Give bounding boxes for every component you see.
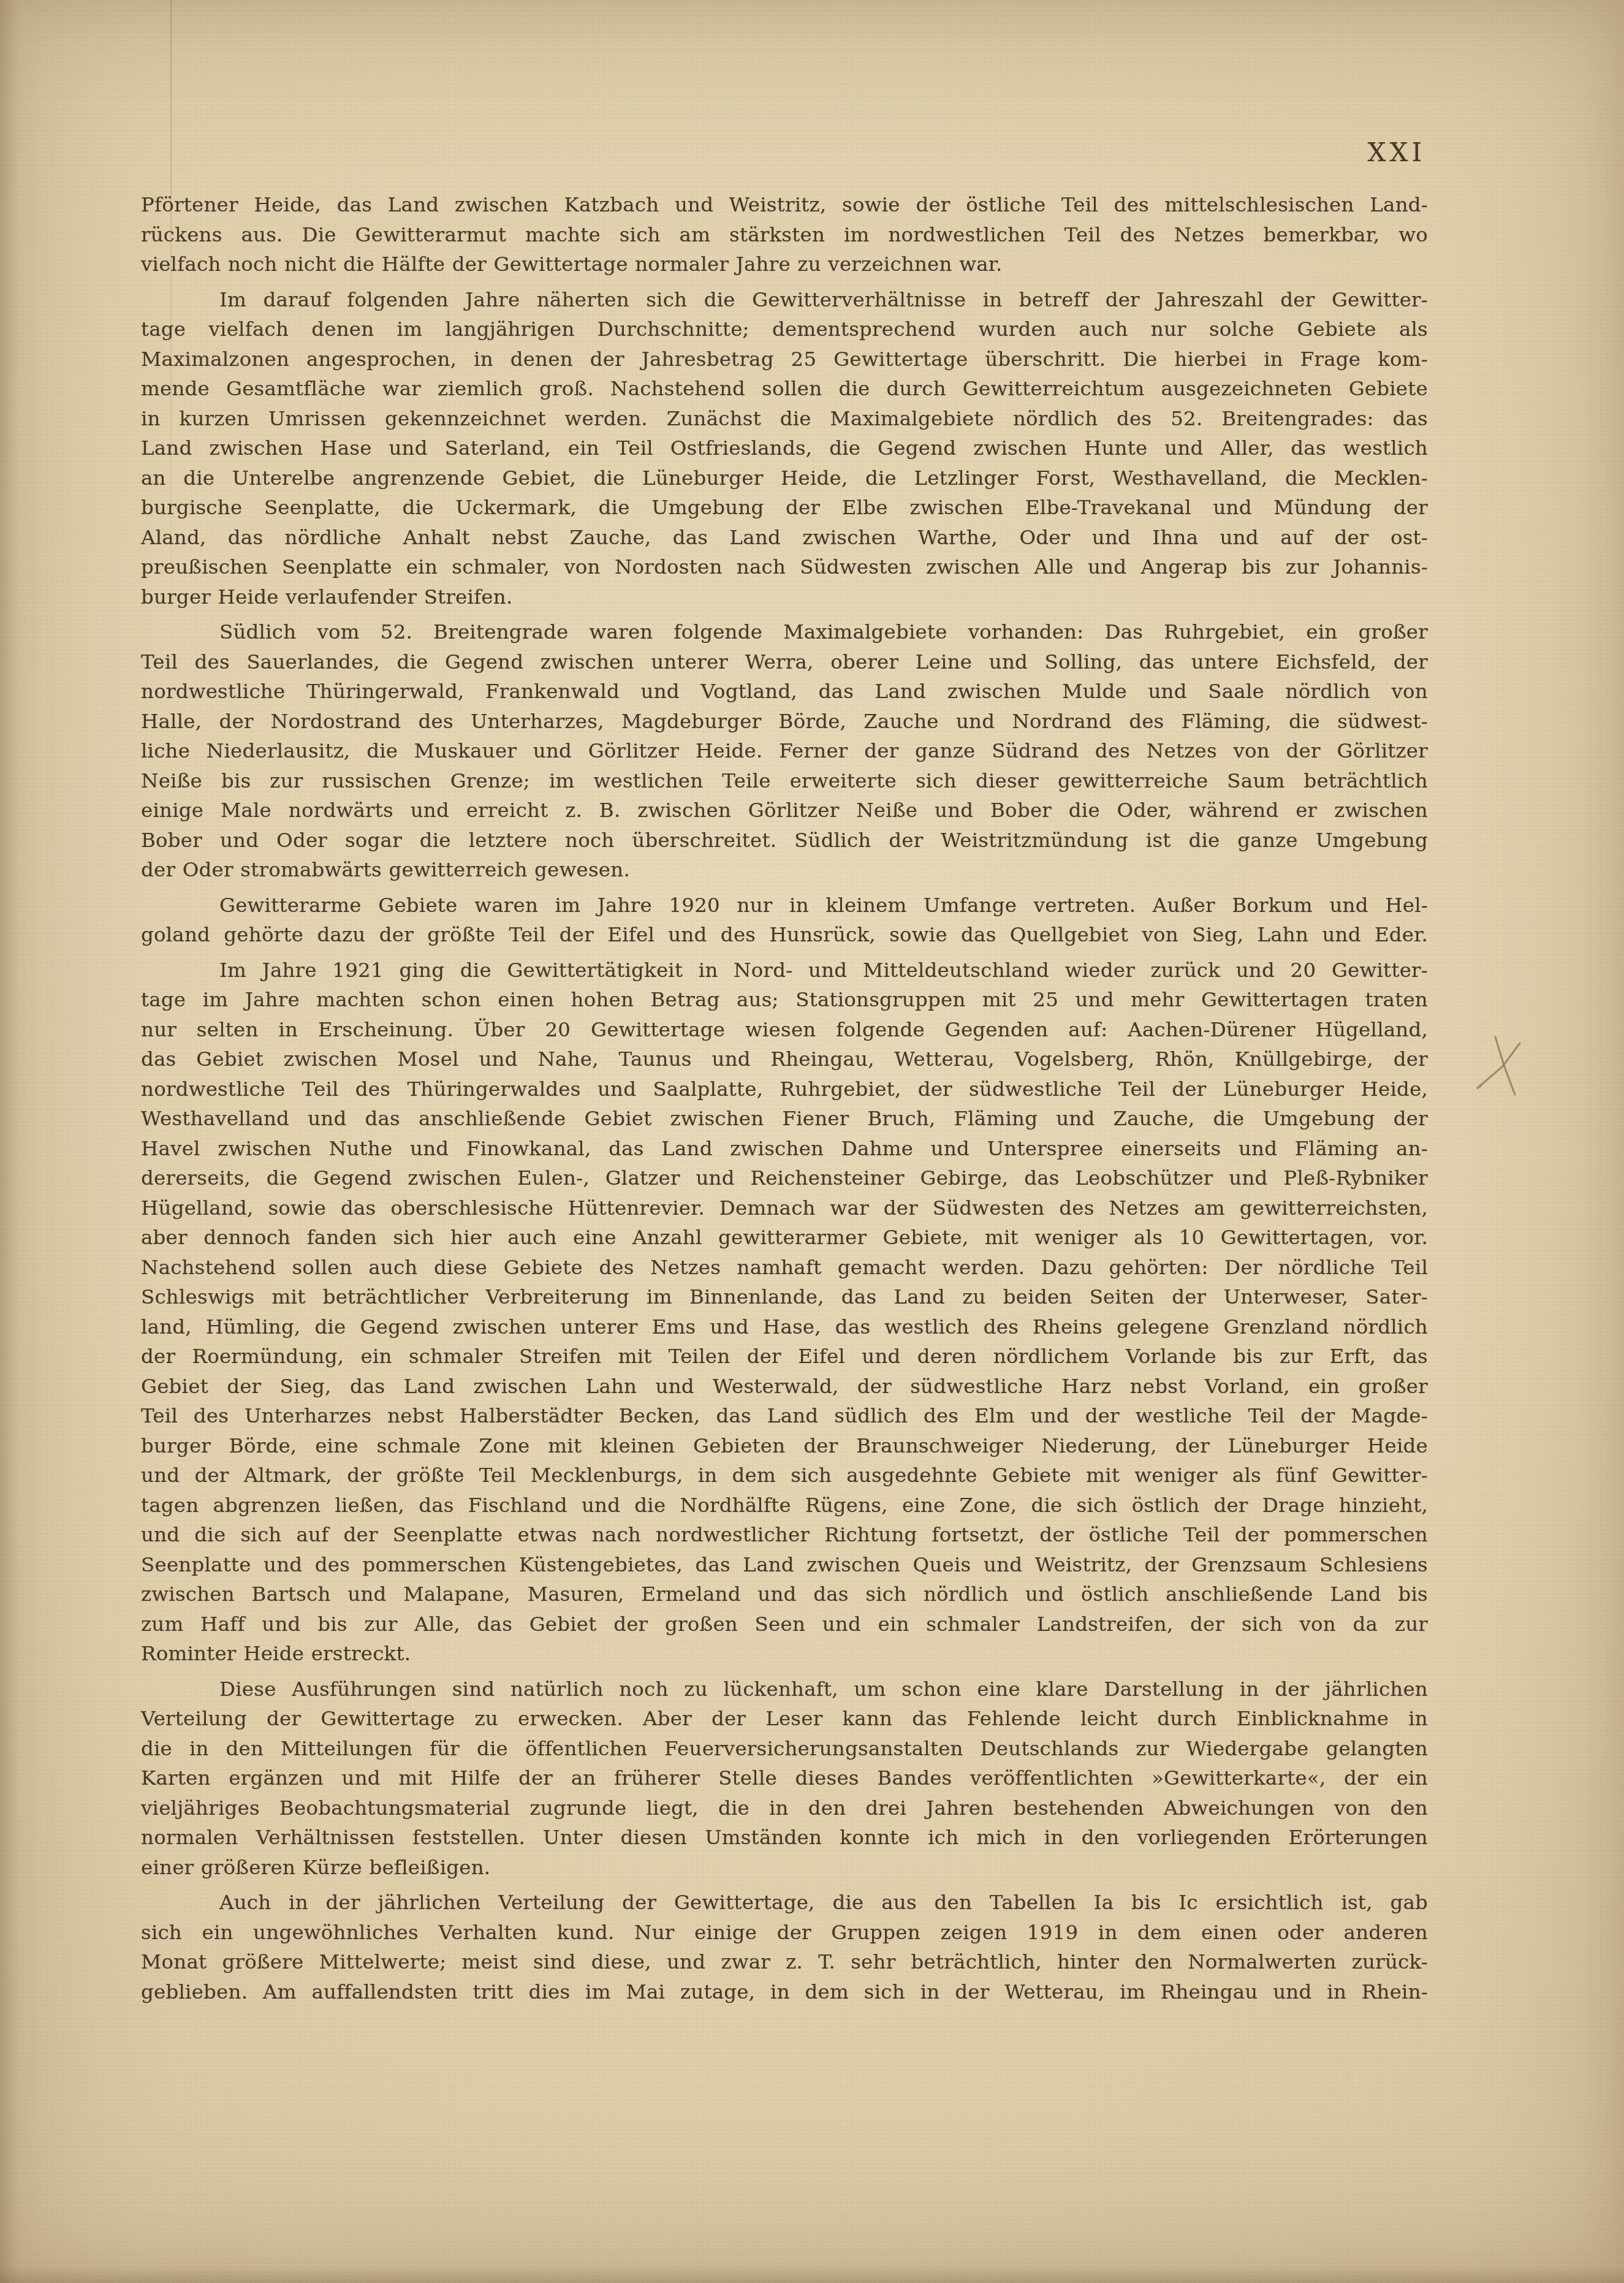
text-line: mende Gesamtfläche war ziemlich groß. Na… bbox=[141, 374, 1428, 404]
text-line: die in den Mitteilungen für die öffentli… bbox=[141, 1734, 1428, 1764]
paragraph: Pförtener Heide, das Land zwischen Katzb… bbox=[141, 190, 1428, 279]
text-line: Auch in der jährlichen Verteilung der Ge… bbox=[141, 1888, 1428, 1918]
scan-edge-bottom bbox=[0, 2267, 1624, 2283]
text-line: Karten ergänzen und mit Hilfe der an frü… bbox=[141, 1763, 1428, 1793]
text-line: rückens aus. Die Gewitterarmut machte si… bbox=[141, 220, 1428, 250]
text-line: Rominter Heide erstreckt. bbox=[141, 1639, 1428, 1669]
text-line: Im darauf folgenden Jahre näherten sich … bbox=[141, 285, 1428, 315]
text-line: tage im Jahre machten schon einen hohen … bbox=[141, 985, 1428, 1015]
text-line: nordwestliche Thüringerwald, Frankenwald… bbox=[141, 677, 1428, 707]
text-line: tagen abgrenzen ließen, das Fischland un… bbox=[141, 1491, 1428, 1521]
text-line: Havel zwischen Nuthe und Finowkanal, das… bbox=[141, 1134, 1428, 1164]
text-line: burger Heide verlaufender Streifen. bbox=[141, 582, 1428, 612]
text-line: Teil des Unterharzes nebst Halberstädter… bbox=[141, 1401, 1428, 1431]
text-line: vielfach noch nicht die Hälfte der Gewit… bbox=[141, 249, 1428, 279]
text-line: Gebiet der Sieg, das Land zwischen Lahn … bbox=[141, 1372, 1428, 1402]
text-line: Aland, das nördliche Anhalt nebst Zauche… bbox=[141, 523, 1428, 553]
text-line: normalen Verhältnissen feststellen. Unte… bbox=[141, 1823, 1428, 1853]
text-line: Neiße bis zur russischen Grenze; im west… bbox=[141, 766, 1428, 796]
text-line: der Oder stromabwärts gewitterreich gewe… bbox=[141, 855, 1428, 885]
page-number: XXI bbox=[141, 137, 1430, 167]
text-line: Hügelland, sowie das oberschlesische Hüt… bbox=[141, 1193, 1428, 1223]
text-line: einige Male nordwärts und erreicht z. B.… bbox=[141, 796, 1428, 826]
text-line: nordwestliche Teil des Thüringerwaldes u… bbox=[141, 1074, 1428, 1104]
text-line: in kurzen Umrissen gekennzeichnet werden… bbox=[141, 404, 1428, 434]
paragraph: Im darauf folgenden Jahre näherten sich … bbox=[141, 285, 1428, 612]
text-line: liche Niederlausitz, die Muskauer und Gö… bbox=[141, 736, 1428, 766]
text-line: Pförtener Heide, das Land zwischen Katzb… bbox=[141, 190, 1428, 220]
text-line: tage vielfach denen im langjährigen Durc… bbox=[141, 314, 1428, 344]
text-line: und die sich auf der Seenplatte etwas na… bbox=[141, 1520, 1428, 1550]
text-line: der Roermündung, ein schmaler Streifen m… bbox=[141, 1342, 1428, 1372]
text-line: Bober und Oder sogar die letztere noch ü… bbox=[141, 826, 1428, 856]
scanned-book-page: { "page": { "number": "XXI", "language":… bbox=[0, 0, 1624, 2283]
scan-edge-left bbox=[0, 0, 18, 2283]
text-line: Südlich vom 52. Breitengrade waren folge… bbox=[141, 617, 1428, 647]
text-line: nur selten in Erscheinung. Über 20 Gewit… bbox=[141, 1015, 1428, 1045]
text-line: zum Haff und bis zur Alle, das Gebiet de… bbox=[141, 1609, 1428, 1639]
text-line: sich ein ungewöhnliches Verhalten kund. … bbox=[141, 1918, 1428, 1948]
text-line: Maximalzonen angesprochen, in denen der … bbox=[141, 344, 1428, 374]
body-text: Pförtener Heide, das Land zwischen Katzb… bbox=[141, 190, 1428, 2007]
text-line: Im Jahre 1921 ging die Gewittertätigkeit… bbox=[141, 955, 1428, 986]
text-line: burgische Seenplatte, die Uckermark, die… bbox=[141, 493, 1428, 523]
text-line: und der Altmark, der größte Teil Mecklen… bbox=[141, 1461, 1428, 1491]
text-line: Verteilung der Gewittertage zu erwecken.… bbox=[141, 1704, 1428, 1734]
text-line: Monat größere Mittelwerte; meist sind di… bbox=[141, 1947, 1428, 1977]
text-line: zwischen Bartsch und Malapane, Masuren, … bbox=[141, 1579, 1428, 1609]
text-line: burger Börde, eine schmale Zone mit klei… bbox=[141, 1431, 1428, 1461]
text-line: an die Unterelbe angrenzende Gebiet, die… bbox=[141, 463, 1428, 493]
paragraph: Auch in der jährlichen Verteilung der Ge… bbox=[141, 1888, 1428, 2007]
text-line: das Gebiet zwischen Mosel und Nahe, Taun… bbox=[141, 1044, 1428, 1074]
text-line: geblieben. Am auffallendsten tritt dies … bbox=[141, 1977, 1428, 2007]
paragraph: Südlich vom 52. Breitengrade waren folge… bbox=[141, 617, 1428, 885]
text-line: einer größeren Kürze befleißigen. bbox=[141, 1853, 1428, 1883]
text-line: Land zwischen Hase und Saterland, ein Te… bbox=[141, 433, 1428, 463]
text-line: Nachstehend sollen auch diese Gebiete de… bbox=[141, 1253, 1428, 1283]
text-line: Diese Ausführungen sind natürlich noch z… bbox=[141, 1674, 1428, 1704]
text-line: Teil des Sauerlandes, die Gegend zwische… bbox=[141, 647, 1428, 677]
text-line: dererseits, die Gegend zwischen Eulen-, … bbox=[141, 1163, 1428, 1193]
text-line: Westhavelland und das anschließende Gebi… bbox=[141, 1104, 1428, 1134]
text-line: Seenplatte und des pommerschen Küstengeb… bbox=[141, 1550, 1428, 1580]
text-line: Schleswigs mit beträchtlicher Verbreiter… bbox=[141, 1282, 1428, 1312]
paragraph: Gewitterarme Gebiete waren im Jahre 1920… bbox=[141, 891, 1428, 950]
text-line: preußischen Seenplatte ein schmaler, von… bbox=[141, 552, 1428, 582]
paragraph: Diese Ausführungen sind natürlich noch z… bbox=[141, 1674, 1428, 1883]
text-line: vieljähriges Beobachtungsmaterial zugrun… bbox=[141, 1793, 1428, 1823]
text-line: aber dennoch fanden sich hier auch eine … bbox=[141, 1223, 1428, 1253]
pencil-x-mark bbox=[1468, 1035, 1536, 1114]
text-line: goland gehörte dazu der größte Teil der … bbox=[141, 920, 1428, 950]
text-line: land, Hümling, die Gegend zwischen unter… bbox=[141, 1312, 1428, 1342]
paragraph: Im Jahre 1921 ging die Gewittertätigkeit… bbox=[141, 955, 1428, 1669]
text-line: Gewitterarme Gebiete waren im Jahre 1920… bbox=[141, 891, 1428, 921]
text-line: Halle, der Nordostrand des Unterharzes, … bbox=[141, 707, 1428, 737]
